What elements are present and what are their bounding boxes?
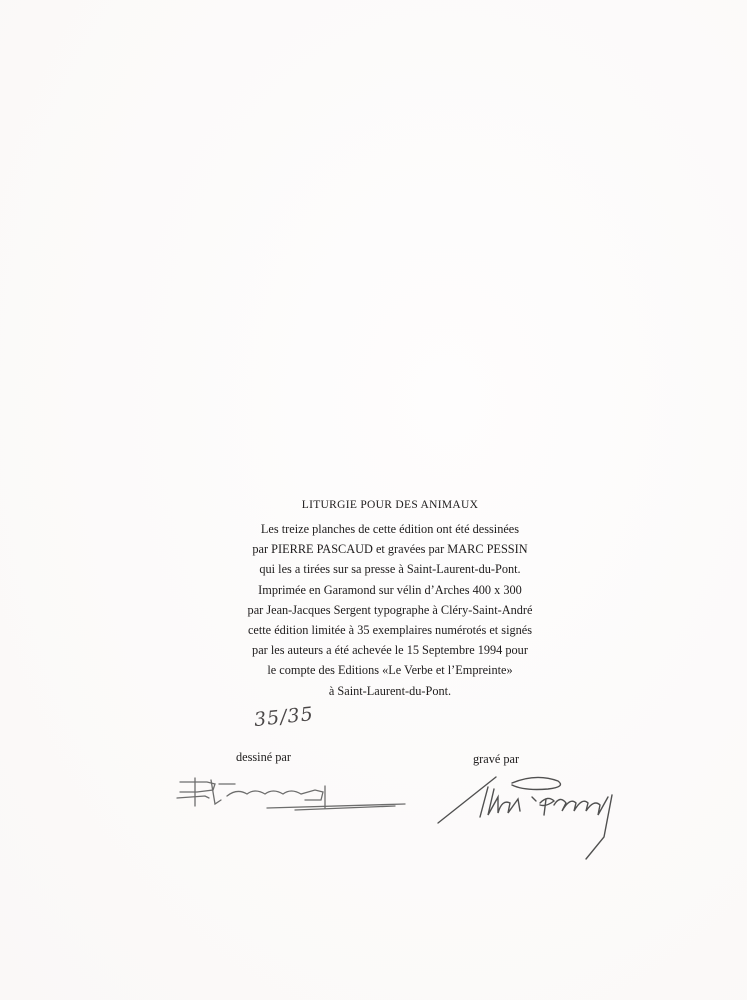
colophon-title: LITURGIE POUR DES ANIMAUX [200,497,580,513]
colophon-line: à Saint-Laurent-du-Pont. [200,681,580,701]
paper-page: LITURGIE POUR DES ANIMAUX Les treize pla… [0,0,747,1000]
colophon-line: le compte des Editions «Le Verbe et l’Em… [200,660,580,680]
colophon-line: Imprimée en Garamond sur vélin d’Arches … [200,580,580,600]
caption-drawn-by: dessiné par [236,750,291,765]
colophon-line: par les auteurs a été achevée le 15 Sept… [200,640,580,660]
colophon-line: par Jean-Jacques Sergent typographe à Cl… [200,600,580,620]
colophon-line: qui les a tirées sur sa presse à Saint-L… [200,559,580,579]
colophon-line: Les treize planches de cette édition ont… [200,519,580,539]
caption-engraved-by: gravé par [473,752,519,767]
signature-right-icon [436,775,636,860]
colophon-line: par PIERRE PASCAUD et gravées par MARC P… [200,539,580,559]
signature-left-icon [175,770,415,830]
edition-number: 35/35 [253,703,315,731]
colophon-line: cette édition limitée à 35 exemplaires n… [200,620,580,640]
colophon: LITURGIE POUR DES ANIMAUX Les treize pla… [200,497,580,701]
